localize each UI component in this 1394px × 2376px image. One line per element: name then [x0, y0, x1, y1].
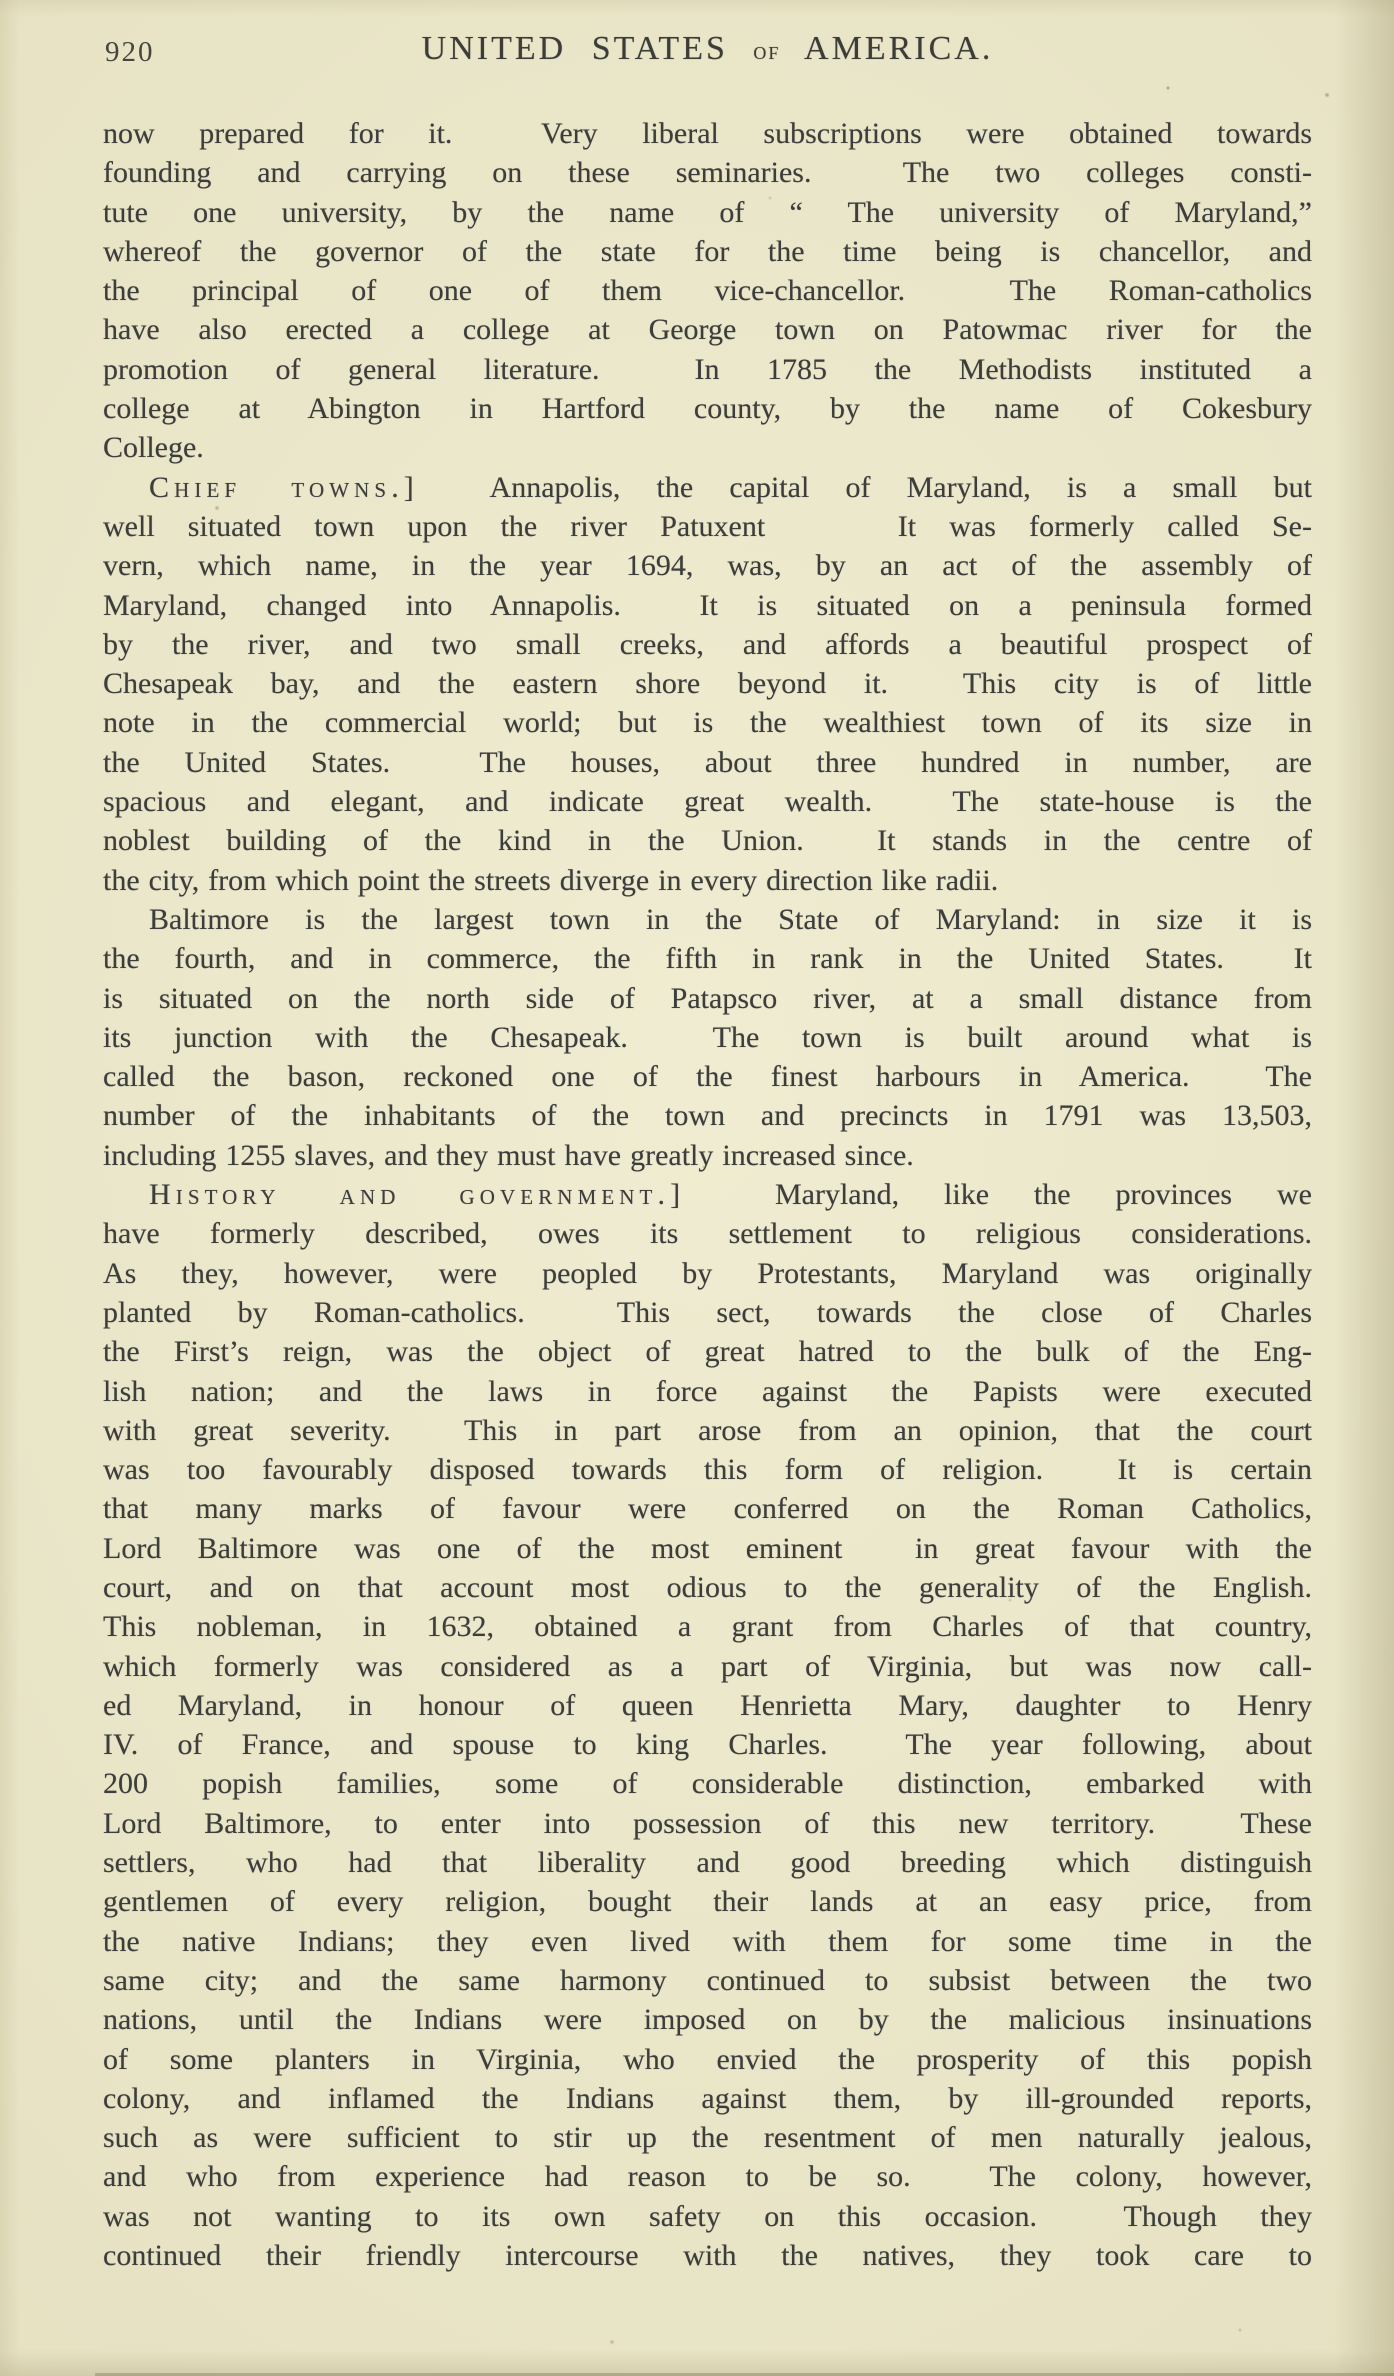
text-line: same city; and the same harmony continue…: [103, 1961, 1312, 2000]
text-line: which formerly was considered as a part …: [103, 1647, 1312, 1686]
text-line: note in the commercial world; but is the…: [103, 703, 1312, 742]
text-line: Baltimore is the largest town in the Sta…: [103, 900, 1312, 939]
text-line: continued their friendly intercourse wit…: [103, 2236, 1312, 2275]
title-right: AMERICA.: [780, 30, 993, 67]
text-line: the city, from which point the streets d…: [103, 861, 1312, 900]
text-line: gentlemen of every religion, bought thei…: [103, 1882, 1312, 1921]
text-line: its junction with the Chesapeak. The tow…: [103, 1018, 1312, 1057]
text-line: with great severity. This in part arose …: [103, 1411, 1312, 1450]
text-line: whereof the governor of the state for th…: [103, 232, 1312, 271]
text-line: Maryland, changed into Annapolis. It is …: [103, 586, 1312, 625]
text-line: the principal of one of them vice-chance…: [103, 271, 1312, 310]
text-line: As they, however, were peopled by Protes…: [103, 1254, 1312, 1293]
text-line: number of the inhabitants of the town an…: [103, 1096, 1312, 1135]
text-line: of some planters in Virginia, who envied…: [103, 2040, 1312, 2079]
text-line: Chesapeak bay, and the eastern shore bey…: [103, 664, 1312, 703]
section-heading: Chief towns.]: [149, 471, 419, 504]
text-line: was too favourably disposed towards this…: [103, 1450, 1312, 1489]
text-line: lish nation; and the laws in force again…: [103, 1372, 1312, 1411]
text-line: spacious and elegant, and indicate great…: [103, 782, 1312, 821]
text-line: 200 popish families, some of considerabl…: [103, 1764, 1312, 1803]
text-line: have also erected a college at George to…: [103, 310, 1312, 349]
text-line: settlers, who had that liberality and go…: [103, 1843, 1312, 1882]
text-line: noblest building of the kind in the Unio…: [103, 821, 1312, 860]
text-line: Lord Baltimore was one of the most emine…: [103, 1529, 1312, 1568]
text-line: called the bason, reckoned one of the fi…: [103, 1057, 1312, 1096]
text-line: court, and on that account most odious t…: [103, 1568, 1312, 1607]
section-heading: History and government.]: [149, 1178, 685, 1211]
text-line: the First’s reign, was the object of gre…: [103, 1332, 1312, 1371]
text-line: ed Maryland, in honour of queen Henriett…: [103, 1686, 1312, 1725]
text-line: planted by Roman-catholics. This sect, t…: [103, 1293, 1312, 1332]
text-line: by the river, and two small creeks, and …: [103, 625, 1312, 664]
text-line: well situated town upon the river Patuxe…: [103, 507, 1312, 546]
text-line: History and government.] Maryland, like …: [103, 1175, 1312, 1214]
text-line: college at Abington in Hartford county, …: [103, 389, 1312, 428]
text-line: College.: [103, 428, 1312, 467]
text-line: nations, until the Indians were imposed …: [103, 2000, 1312, 2039]
text-line: This nobleman, in 1632, obtained a grant…: [103, 1607, 1312, 1646]
text-line: is situated on the north side of Patapsc…: [103, 979, 1312, 1018]
text-line: founding and carrying on these seminarie…: [103, 153, 1312, 192]
title-left: UNITED STATES: [422, 30, 754, 67]
text-line: colony, and inflamed the Indians against…: [103, 2079, 1312, 2118]
text-line: promotion of general literature. In 1785…: [103, 350, 1312, 389]
text-line: the fourth, and in commerce, the fifth i…: [103, 939, 1312, 978]
page-header: 920 UNITED STATES of AMERICA.: [103, 30, 1312, 80]
page-body: now prepared for it. Very liberal subscr…: [103, 114, 1312, 2275]
text-line: have formerly described, owes its settle…: [103, 1214, 1312, 1253]
text-line: and who from experience had reason to be…: [103, 2157, 1312, 2196]
text-line: Chief towns.] Annapolis, the capital of …: [103, 468, 1312, 507]
text-line: the native Indians; they even lived with…: [103, 1922, 1312, 1961]
text-line: now prepared for it. Very liberal subscr…: [103, 114, 1312, 153]
text-line: such as were sufficient to stir up the r…: [103, 2118, 1312, 2157]
page-title: UNITED STATES of AMERICA.: [103, 30, 1312, 68]
title-of: of: [753, 36, 780, 65]
text-line: vern, which name, in the year 1694, was,…: [103, 546, 1312, 585]
text-line: IV. of France, and spouse to king Charle…: [103, 1725, 1312, 1764]
text-line: tute one university, by the name of “ Th…: [103, 193, 1312, 232]
text-line: including 1255 slaves, and they must hav…: [103, 1136, 1312, 1175]
text-line: the United States. The houses, about thr…: [103, 743, 1312, 782]
text-line: that many marks of favour were conferred…: [103, 1489, 1312, 1528]
text-line: Lord Baltimore, to enter into possession…: [103, 1804, 1312, 1843]
text-line: was not wanting to its own safety on thi…: [103, 2197, 1312, 2236]
scanned-book-page: 920 UNITED STATES of AMERICA. now prepar…: [0, 0, 1394, 2376]
